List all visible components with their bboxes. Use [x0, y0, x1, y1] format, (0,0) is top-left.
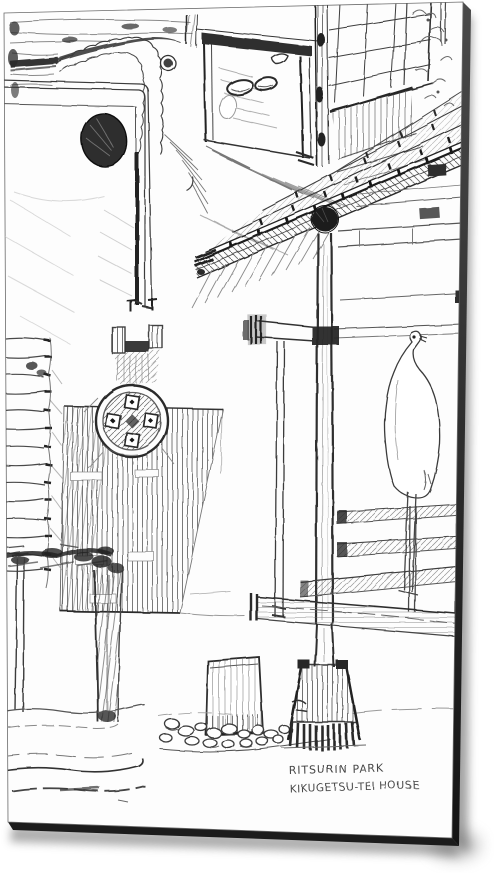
caption-line-1: RITSURIN PARK [289, 762, 385, 777]
beam-end-circle [312, 206, 339, 233]
crane-eye [412, 335, 415, 338]
artwork-print-mockup: RITSURIN PARK KIKUGETSU-TEI HOUSE [0, 0, 494, 873]
gable-circle-ornament [161, 56, 176, 71]
post-joint [312, 326, 339, 345]
artwork-image: RITSURIN PARK KIKUGETSU-TEI HOUSE [0, 0, 494, 873]
stone-bucket [206, 657, 263, 735]
